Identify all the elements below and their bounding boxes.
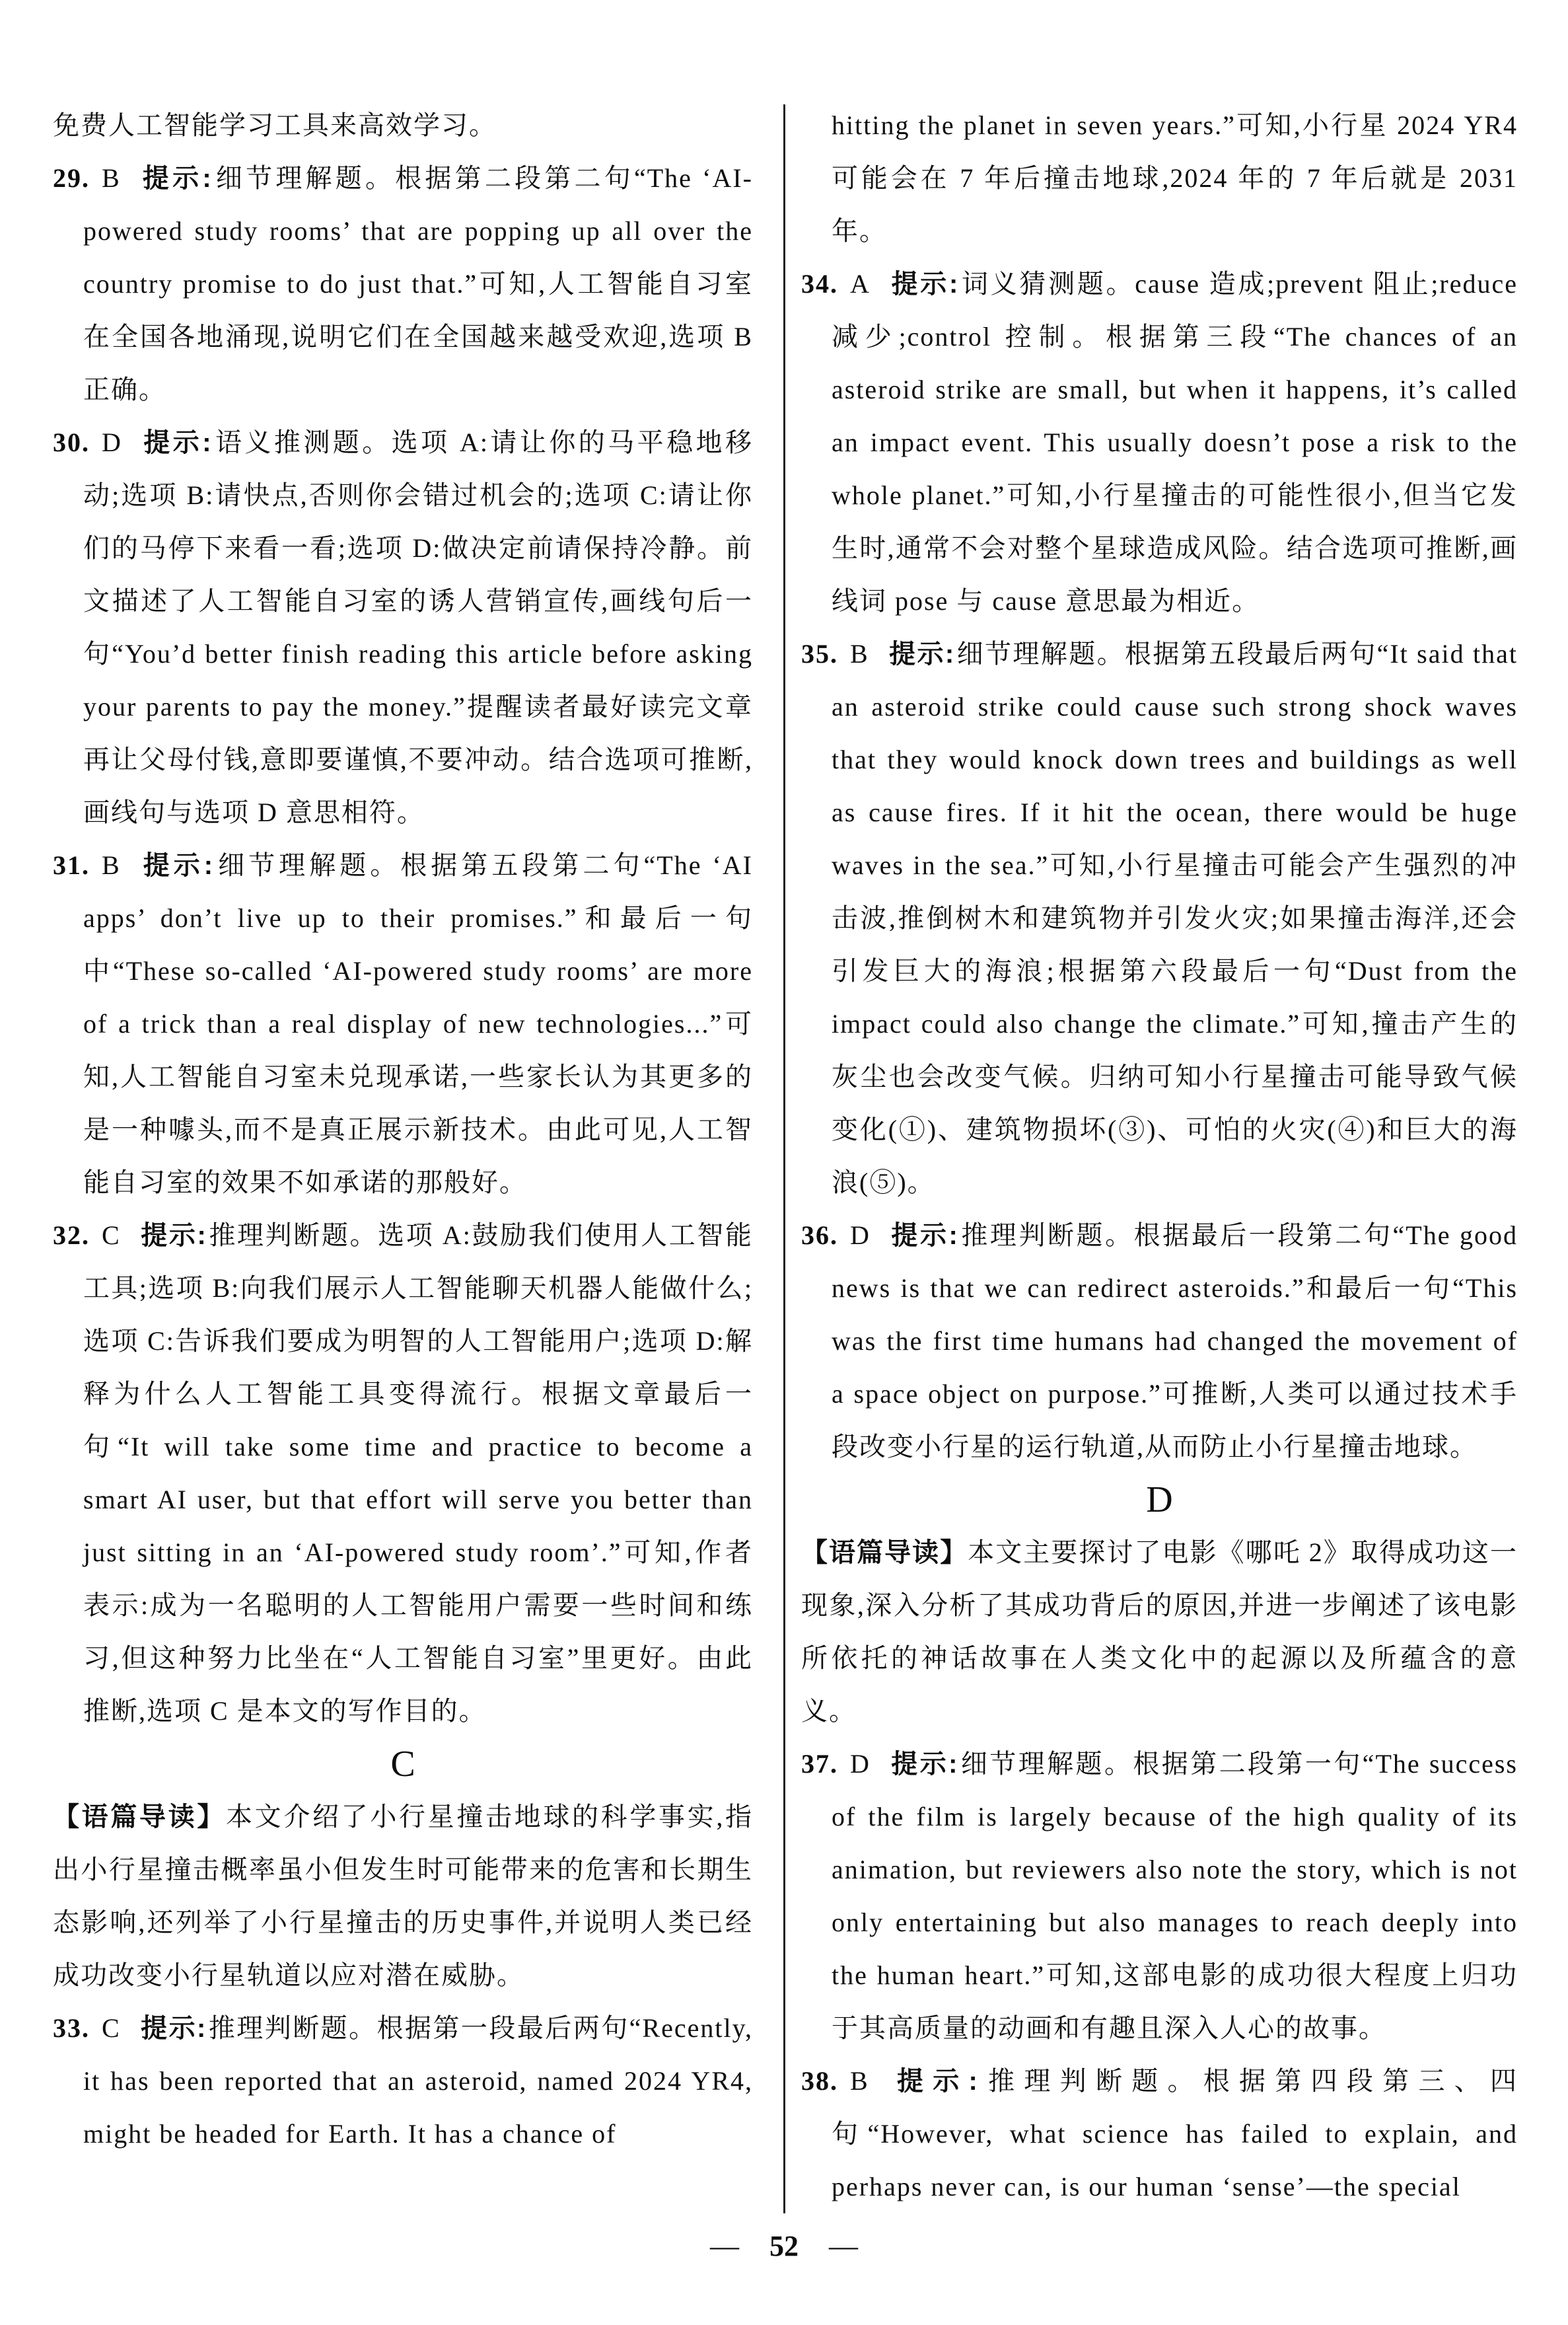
tip-label: 提示: — [889, 2067, 979, 2096]
explanation-text: 词义猜测题。cause 造成;prevent 阻止;reduce 减少;cont… — [832, 269, 1518, 616]
answer-item-29: 29.B提示:细节理解题。根据第二段第二句“The ‘AI-powered st… — [53, 152, 753, 416]
question-number: 31. — [53, 850, 90, 880]
right-column: hitting the planet in seven years.”可知,小行… — [801, 99, 1518, 2213]
question-number: 35. — [801, 639, 838, 669]
answer-item-35: 35.B提示:细节理解题。根据第五段最后两句“It said that an a… — [801, 628, 1518, 1209]
page-footer: — 52 — — [0, 2228, 1568, 2265]
question-number: 32. — [53, 1220, 90, 1250]
section-heading-d: D — [801, 1473, 1518, 1526]
question-number: 38. — [801, 2066, 838, 2096]
section-heading-c: C — [53, 1738, 753, 1790]
tip-label: 提示: — [890, 1221, 959, 1250]
answer-item-33-continuation: hitting the planet in seven years.”可知,小行… — [801, 99, 1518, 258]
explanation-text: 细节理解题。根据第二段第二句“The ‘AI-powered study roo… — [83, 163, 753, 404]
passage-intro-label: 【语篇导读】 — [53, 1802, 226, 1831]
continuation-paragraph: 免费人工智能学习工具来高效学习。 — [53, 99, 753, 152]
tip-label: 提示: — [141, 851, 214, 880]
explanation-text: 细节理解题。根据第二段第一句“The success of the film i… — [832, 1749, 1518, 2043]
answer-item-37: 37.D提示:细节理解题。根据第二段第一句“The success of the… — [801, 1738, 1518, 2055]
footer-dash-left: — — [710, 2228, 739, 2265]
question-number: 30. — [53, 427, 90, 457]
answer-item-30: 30.D提示:语义推测题。选项 A:请让你的马平稳地移动;选项 B:请快点,否则… — [53, 416, 753, 839]
answer-item-38: 38.B提示:推理判断题。根据第四段第三、四句“However, what sc… — [801, 2055, 1518, 2213]
answer-letter: A — [850, 269, 871, 299]
answer-letter: B — [102, 850, 121, 880]
question-number: 34. — [801, 269, 838, 299]
passage-intro-d: 【语篇导读】本文主要探讨了电影《哪吒 2》取得成功这一现象,深入分析了其成功背后… — [801, 1526, 1518, 1738]
answer-letter: B — [850, 639, 869, 669]
tip-label: 提示: — [141, 1221, 207, 1250]
answer-letter: C — [102, 2013, 121, 2043]
left-column: 免费人工智能学习工具来高效学习。 29.B提示:细节理解题。根据第二段第二句“T… — [53, 99, 753, 2160]
answer-letter: B — [102, 163, 121, 193]
answer-key-page: 免费人工智能学习工具来高效学习。 29.B提示:细节理解题。根据第二段第二句“T… — [0, 0, 1568, 2325]
tip-label: 提示: — [890, 1750, 959, 1779]
tip-label: 提示: — [141, 2014, 207, 2043]
answer-item-31: 31.B提示:细节理解题。根据第五段第二句“The ‘AI apps’ don’… — [53, 839, 753, 1209]
explanation-text: 推理判断题。选项 A:鼓励我们使用人工智能工具;选项 B:向我们展示人工智能聊天… — [83, 1220, 753, 1726]
answer-letter: D — [850, 1220, 871, 1250]
passage-intro-label: 【语篇导读】 — [801, 1538, 968, 1567]
tip-label: 提示: — [889, 640, 956, 669]
answer-letter: D — [850, 1749, 871, 1779]
column-divider — [783, 104, 785, 2213]
answer-letter: D — [102, 427, 122, 457]
explanation-text: 细节理解题。根据第五段第二句“The ‘AI apps’ don’t live … — [83, 850, 753, 1197]
tip-label: 提示: — [142, 428, 213, 457]
answer-item-33: 33.C提示:推理判断题。根据第一段最后两句“Recently, it has … — [53, 2002, 753, 2160]
question-number: 33. — [53, 2013, 90, 2043]
page-number: 52 — [769, 2228, 799, 2265]
answer-letter: C — [102, 1220, 121, 1250]
answer-item-36: 36.D提示:推理判断题。根据最后一段第二句“The good news is … — [801, 1209, 1518, 1473]
tip-label: 提示: — [141, 164, 213, 193]
footer-dash-right: — — [829, 2228, 858, 2265]
answer-item-34: 34.A提示:词义猜测题。cause 造成;prevent 阻止;reduce … — [801, 258, 1518, 628]
explanation-text: 细节理解题。根据第五段最后两句“It said that an asteroid… — [832, 639, 1518, 1197]
explanation-text: 语义推测题。选项 A:请让你的马平稳地移动;选项 B:请快点,否则你会错过机会的… — [83, 427, 753, 827]
answer-letter: B — [850, 2066, 869, 2096]
question-number: 29. — [53, 163, 90, 193]
question-number: 36. — [801, 1220, 838, 1250]
explanation-text: 推理判断题。根据最后一段第二句“The good news is that we… — [832, 1220, 1518, 1461]
question-number: 37. — [801, 1749, 838, 1779]
answer-item-32: 32.C提示:推理判断题。选项 A:鼓励我们使用人工智能工具;选项 B:向我们展… — [53, 1209, 753, 1738]
tip-label: 提示: — [890, 270, 959, 299]
passage-intro-c: 【语篇导读】本文介绍了小行星撞击地球的科学事实,指出小行星撞击概率虽小但发生时可… — [53, 1790, 753, 2002]
